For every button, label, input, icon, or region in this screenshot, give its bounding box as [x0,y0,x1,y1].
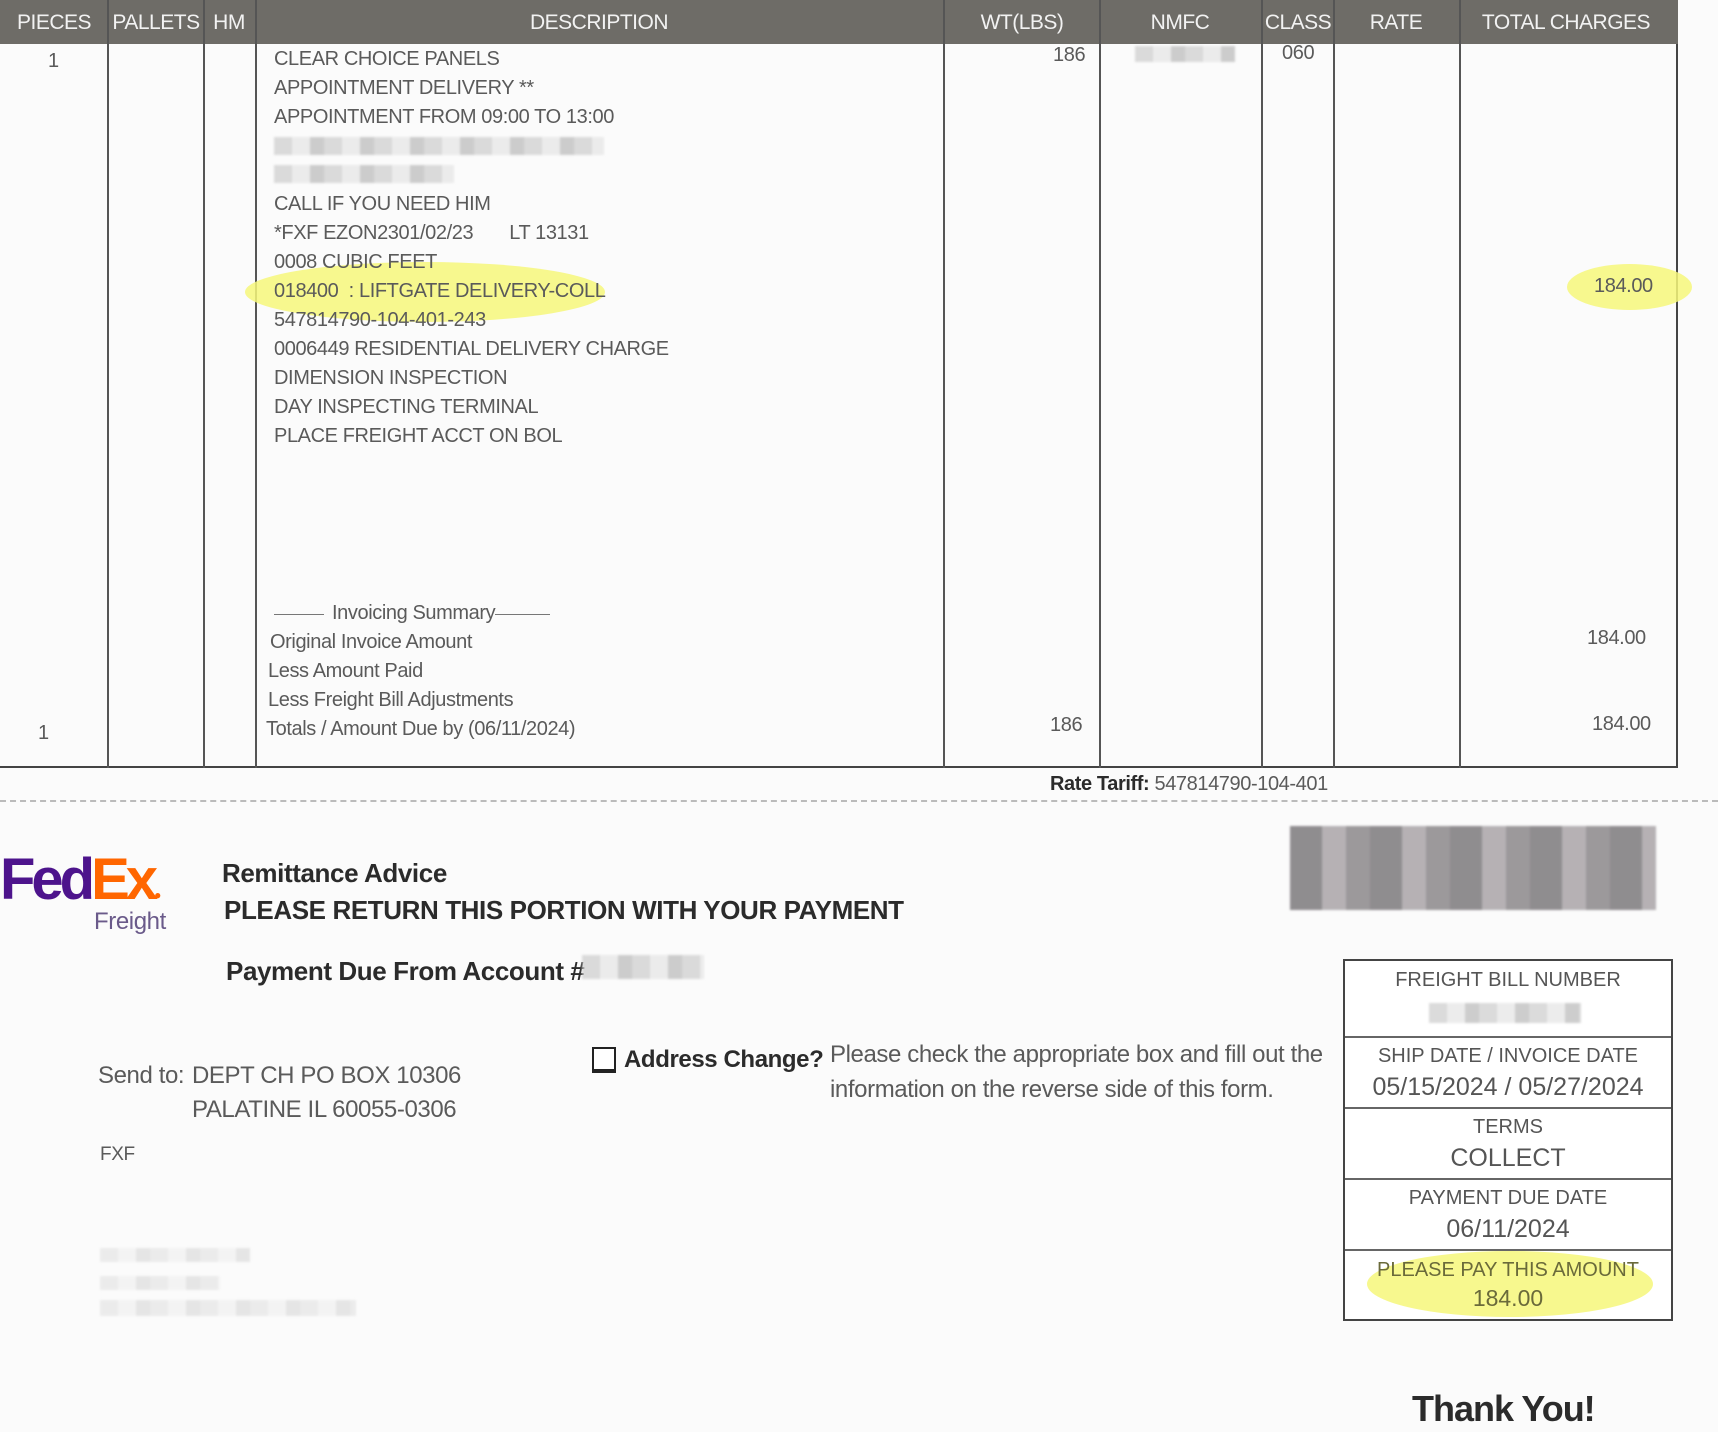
freight-bill-redacted [1429,1003,1581,1023]
send-to-label: Send to: [98,1062,184,1090]
original-invoice-amount: 184.00 [1587,627,1646,650]
dates-label: SHIP DATE / INVOICE DATE [1345,1045,1671,1068]
recipient-redacted [100,1300,356,1316]
total-charge-value: 184.00 [1594,275,1653,298]
account-redacted [582,955,704,979]
account-label: Payment Due From Account # [226,956,585,987]
col-rate: RATE [1334,0,1458,44]
rate-tariff-value: 547814790-104-401 [1154,773,1327,795]
payment-info-box: FREIGHT BILL NUMBER SHIP DATE / INVOICE … [1343,959,1673,1321]
col-nmfc: NMFC [1100,0,1260,44]
desc-line-liftgate: 018400 : LIFTGATE DELIVERY-COLL [274,280,605,303]
divider [1333,0,1335,768]
rate-tariff-label: Rate Tariff: [1050,773,1149,795]
desc-line: APPOINTMENT DELIVERY ** [274,77,534,100]
totals-weight: 186 [1050,714,1082,737]
col-weight: WT(LBS) [944,0,1100,44]
desc-line: APPOINTMENT FROM 09:00 TO 13:00 [274,106,614,129]
summary-rule [274,614,324,615]
class-value: 060 [1282,42,1314,65]
rate-tariff: Rate Tariff: 547814790-104-401 [1050,773,1328,796]
freight-bill-label: FREIGHT BILL NUMBER [1345,969,1671,992]
logo-ex: Ex [91,847,154,912]
divider [943,0,945,768]
tear-line [0,800,1718,802]
desc-line: CLEAR CHOICE PANELS [274,48,499,71]
remittance-title: Remittance Advice [222,858,447,889]
divider [1459,0,1461,768]
col-hm: HM [204,0,254,44]
totals-pieces: 1 [38,722,49,745]
desc-redacted [274,137,604,155]
invoice-table [0,0,1678,768]
address-change-text-1: Please check the appropriate box and fil… [830,1041,1323,1069]
terms-label: TERMS [1345,1116,1671,1139]
totals-label: Totals / Amount Due by (06/11/2024) [266,718,575,741]
fxf-code: FXF [100,1144,135,1166]
desc-redacted [274,165,454,183]
desc-line: PLACE FREIGHT ACCT ON BOL [274,425,562,448]
divider [255,0,257,768]
col-description: DESCRIPTION [256,0,942,44]
table-header: PIECES PALLETS HM DESCRIPTION WT(LBS) NM… [0,0,1678,44]
recipient-redacted [100,1276,220,1290]
original-invoice-label: Original Invoice Amount [270,631,472,654]
desc-line: DIMENSION INSPECTION [274,367,507,390]
terms-value: COLLECT [1345,1144,1671,1173]
recipient-redacted [100,1248,250,1262]
less-paid-label: Less Amount Paid [268,660,423,683]
due-date-label: PAYMENT DUE DATE [1345,1187,1671,1210]
logo-fed: Fed [0,847,91,912]
dates-value: 05/15/2024 / 05/27/2024 [1345,1073,1671,1102]
pay-amount-label: PLEASE PAY THIS AMOUNT [1345,1259,1671,1282]
desc-line: *FXF EZON2301/02/23 LT 13131 [274,222,589,245]
col-pallets: PALLETS [108,0,204,44]
logo-freight: Freight [94,908,166,936]
pay-amount-value: 184.00 [1345,1285,1671,1312]
desc-line: 547814790-104-401-243 [274,309,486,332]
desc-line: CALL IF YOU NEED HIM [274,193,491,216]
due-date-value: 06/11/2024 [1345,1215,1671,1244]
thank-you: Thank You! [1412,1388,1595,1430]
desc-line: 0006449 RESIDENTIAL DELIVERY CHARGE [274,338,669,361]
summary-title: Invoicing Summary [332,602,495,625]
weight-value: 186 [1053,44,1085,67]
divider [1345,1178,1671,1180]
address-change-label: Address Change? [624,1046,823,1074]
send-to-line2: PALATINE IL 60055-0306 [192,1096,456,1124]
less-adjustments-label: Less Freight Bill Adjustments [268,689,513,712]
divider [1345,1107,1671,1109]
col-pieces: PIECES [0,0,108,44]
address-change-checkbox[interactable] [592,1047,616,1073]
desc-line: 0008 CUBIC FEET [274,251,437,274]
totals-amount: 184.00 [1592,713,1651,736]
summary-rule [495,614,550,615]
desc-line: DAY INSPECTING TERMINAL [274,396,538,419]
divider [1099,0,1101,768]
address-change-text-2: information on the reverse side of this … [830,1076,1274,1104]
remittance-instruction: PLEASE RETURN THIS PORTION WITH YOUR PAY… [224,895,904,926]
pieces-value: 1 [48,50,59,73]
col-total-charges: TOTAL CHARGES [1460,0,1672,44]
divider [1345,1036,1671,1038]
col-class: CLASS [1262,0,1334,44]
divider [107,0,109,768]
barcode-redacted [1290,826,1656,910]
divider [203,0,205,768]
nmfc-redacted [1135,46,1235,62]
divider [1261,0,1263,768]
send-to-line1: DEPT CH PO BOX 10306 [192,1062,461,1090]
